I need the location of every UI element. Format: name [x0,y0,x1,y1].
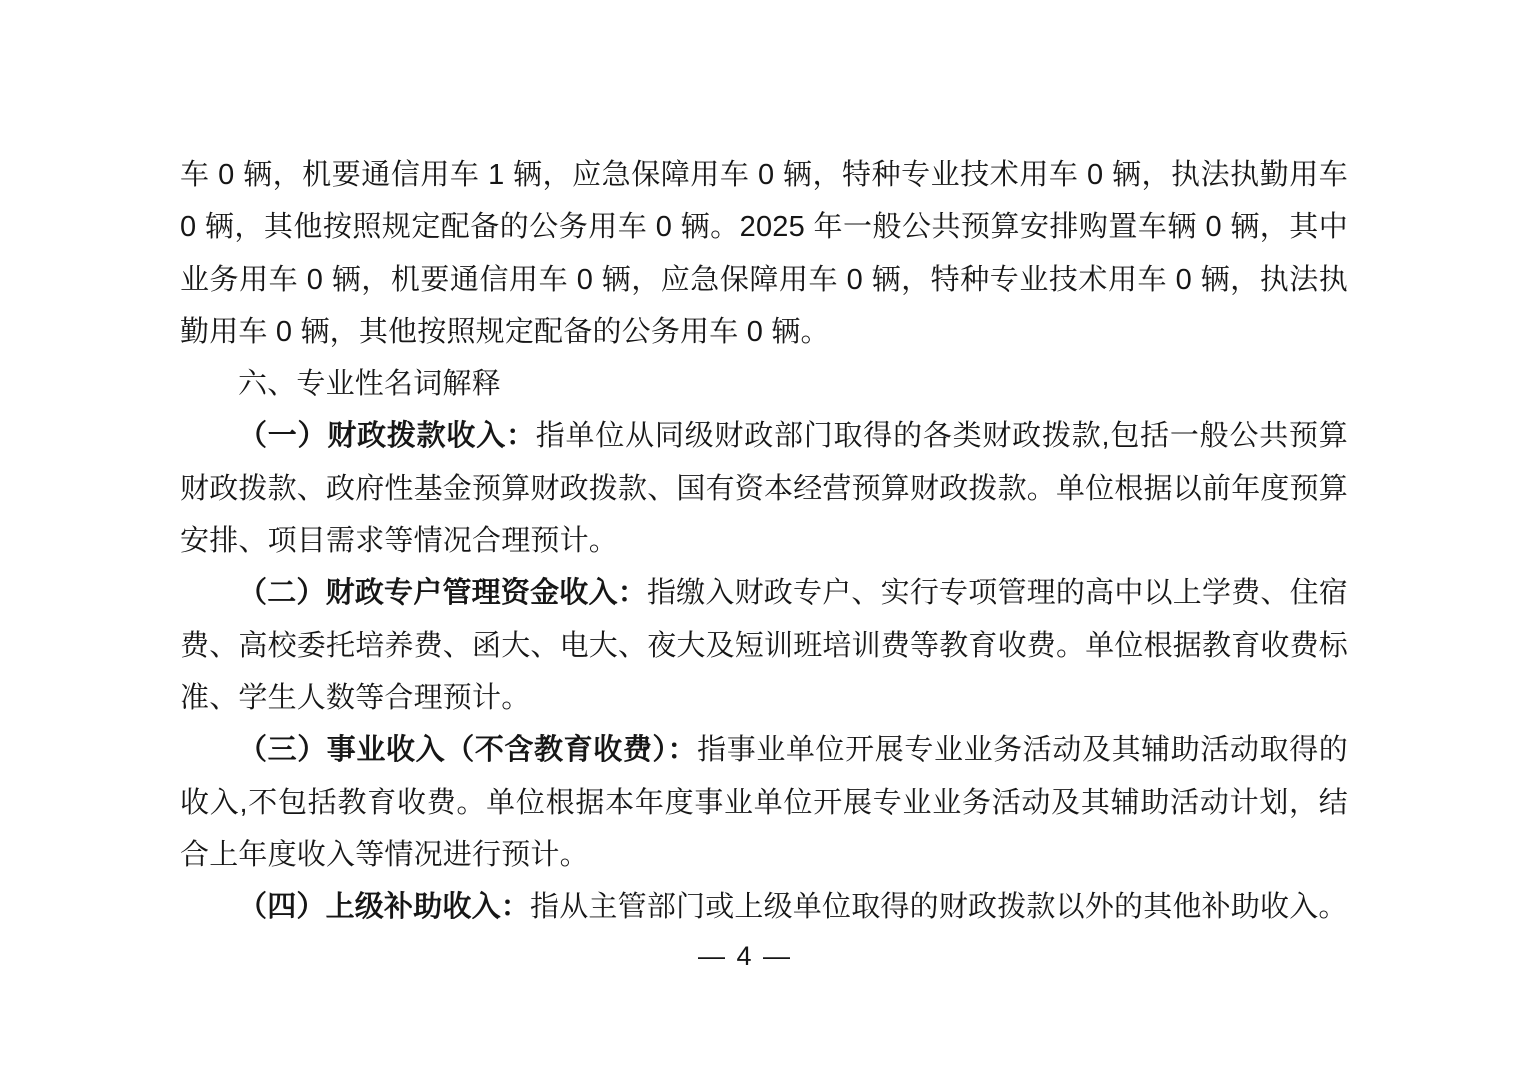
term-label-1: （一）财政拨款收入： [238,420,536,452]
term-label-3: （三）事业收入（不含教育收费）： [238,734,697,766]
term-item-1: （一）财政拨款收入：指单位从同级财政部门取得的各类财政拨款,包括一般公共预算财政… [180,410,1348,567]
term-label-4: （四）上级补助收入： [238,891,530,923]
page-footer: — 4 — [180,938,1310,974]
section-heading: 六、专业性名词解释 [180,358,1348,410]
term-text-4: 指从主管部门或上级单位取得的财政拨款以外的其他补助收入。 [530,891,1348,923]
term-label-2: （二）财政专户管理资金收入： [238,577,647,609]
page-number: — 4 — [698,941,792,971]
document-page: 车 0 辆，机要通信用车 1 辆，应急保障用车 0 辆，特种专业技术用车 0 辆… [0,0,1520,1074]
term-item-4: （四）上级补助收入：指从主管部门或上级单位取得的财政拨款以外的其他补助收入。 [180,881,1348,933]
term-item-2: （二）财政专户管理资金收入：指缴入财政专户、实行专项管理的高中以上学费、住宿费、… [180,567,1348,724]
term-item-3: （三）事业收入（不含教育收费）：指事业单位开展专业业务活动及其辅助活动取得的收入… [180,724,1348,881]
text-block: 车 0 辆，机要通信用车 1 辆，应急保障用车 0 辆，特种专业技术用车 0 辆… [180,149,1348,933]
paragraph-vehicle-continuation: 车 0 辆，机要通信用车 1 辆，应急保障用车 0 辆，特种专业技术用车 0 辆… [180,149,1348,358]
